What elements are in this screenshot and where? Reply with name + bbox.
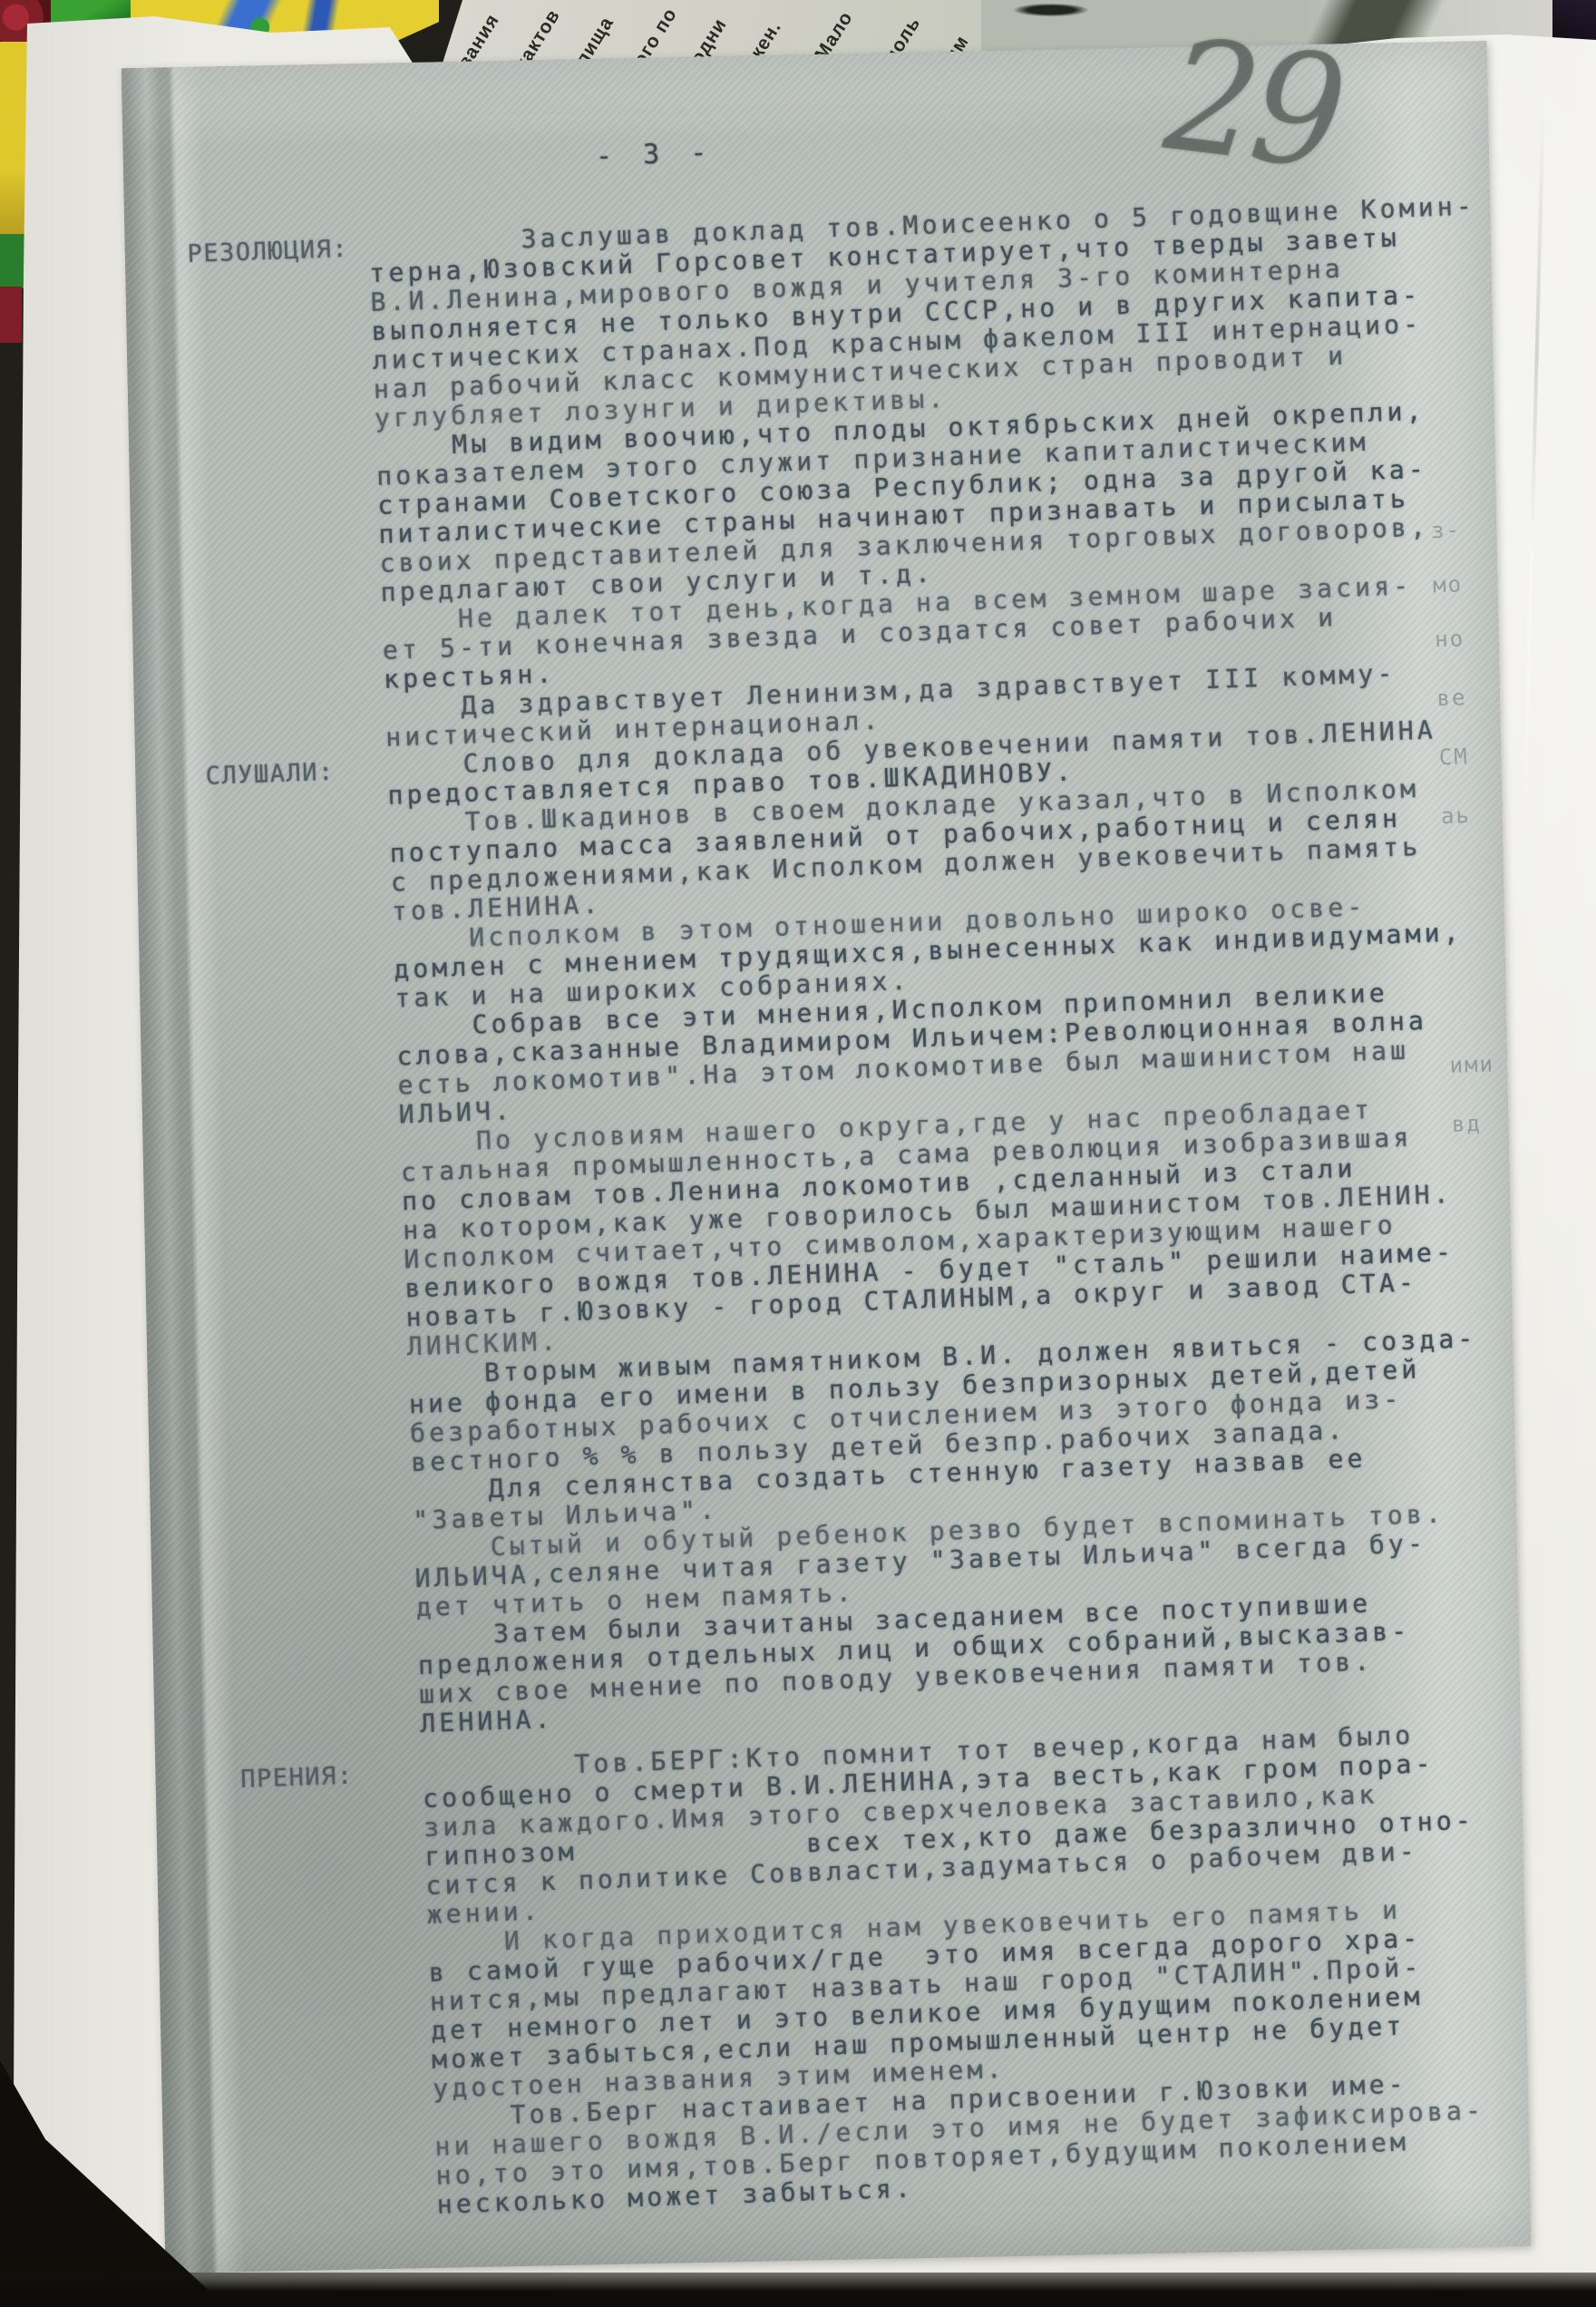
section-debate: ПРЕНИЯ: Тов.БЕРГ:Кто помнит тот вечер,ко… <box>166 1717 1547 2228</box>
bleed-fragment: СМ <box>1438 744 1469 770</box>
section-heard: СЛУШАЛИ: Слово для доклада об увековечен… <box>131 714 1530 1747</box>
section-text: Заслушав доклад тов.Моисеенко о 5 годовщ… <box>368 191 1495 752</box>
handwritten-page-number: 29 <box>1157 5 1349 205</box>
section-label: СЛУШАЛИ: <box>205 758 335 791</box>
photocopy-page: - 3 - 29 РЕЗОЛЮЦИЯ: Заслушав доклад тов.… <box>122 41 1532 2273</box>
magazine-scrap-red-left <box>0 287 22 343</box>
section-resolution: РЕЗОЛЮЦИЯ: Заслушав доклад тов.Моисеенко… <box>112 191 1495 761</box>
bleed-fragment: но <box>1435 626 1465 652</box>
bleed-fragment: ве <box>1436 685 1467 711</box>
bleed-fragment: ими <box>1449 1051 1494 1078</box>
page-number: - 3 - <box>595 137 714 173</box>
bleed-fragment: мо <box>1433 571 1464 598</box>
section-text: Тов.БЕРГ:Кто помнит тот вечер,когда нам … <box>422 1717 1547 2219</box>
bleed-fragment: аь <box>1441 803 1472 829</box>
bleed-fragment: вд <box>1451 1111 1482 1137</box>
shadow-bottom-edge <box>0 2273 1596 2307</box>
section-label: РЕЗОЛЮЦИЯ: <box>187 235 349 268</box>
dark-corner-fragment <box>1552 0 1596 42</box>
section-text: Слово для доклада об увековечении памяти… <box>386 714 1530 1738</box>
typewritten-content: - 3 - 29 РЕЗОЛЮЦИЯ: Заслушав доклад тов.… <box>107 26 1549 2278</box>
bleed-fragment: з- <box>1431 517 1462 543</box>
section-label: ПРЕНИЯ: <box>240 1762 354 1794</box>
magazine-scrap-green-left <box>0 234 25 288</box>
